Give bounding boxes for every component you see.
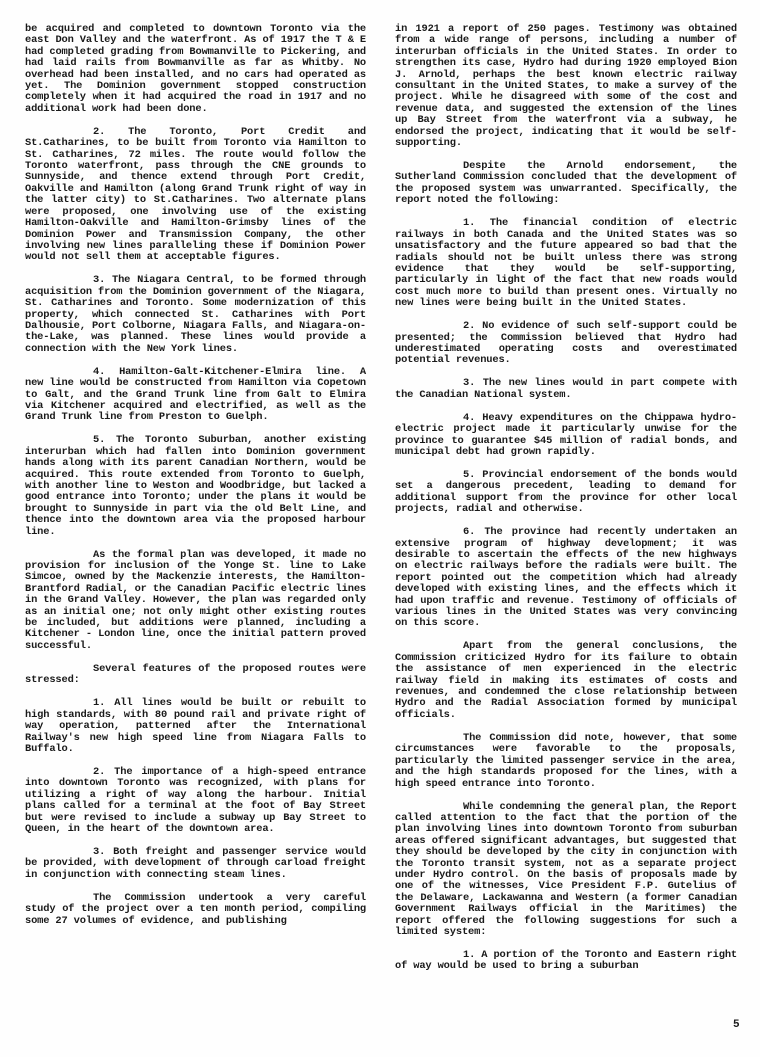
paragraph-features-intro: Several features of the proposed routes … xyxy=(25,664,366,687)
paragraph-finding-6: 6. The province had recently undertaken … xyxy=(395,527,737,630)
paragraph-route-2: 2. The Toronto, Port Credit and St.Catha… xyxy=(25,127,366,264)
page-number: 5 xyxy=(733,1019,740,1031)
paragraph-feature-2: 2. The importance of a high-speed entran… xyxy=(25,767,366,835)
paragraph-limited-system: While condemning the general plan, the R… xyxy=(395,802,737,939)
paragraph-finding-5: 5. Provincial endorsement of the bonds w… xyxy=(395,470,737,516)
paragraph-feature-3: 3. Both freight and passenger service wo… xyxy=(25,847,366,881)
paragraph-continuation: be acquired and completed to downtown To… xyxy=(25,24,366,115)
paragraph-report-continuation: in 1921 a report of 250 pages. Testimony… xyxy=(395,24,737,149)
right-column: in 1921 a report of 250 pages. Testimony… xyxy=(395,24,737,984)
paragraph-formal-plan: As the formal plan was developed, it mad… xyxy=(25,550,366,653)
left-column: be acquired and completed to downtown To… xyxy=(25,24,366,939)
paragraph-route-5: 5. The Toronto Suburban, another existin… xyxy=(25,435,366,538)
paragraph-route-3: 3. The Niagara Central, to be formed thr… xyxy=(25,275,366,355)
paragraph-suggestion-1: 1. A portion of the Toronto and Eastern … xyxy=(395,950,737,973)
paragraph-sutherland-conclusion: Despite the Arnold endorsement, the Suth… xyxy=(395,161,737,207)
paragraph-favorable-note: The Commission did note, however, that s… xyxy=(395,733,737,790)
paragraph-finding-2: 2. No evidence of such self-support coul… xyxy=(395,321,737,367)
paragraph-criticism: Apart from the general conclusions, the … xyxy=(395,641,737,721)
paragraph-finding-4: 4. Heavy expenditures on the Chippawa hy… xyxy=(395,413,737,459)
paragraph-finding-1: 1. The financial condition of electric r… xyxy=(395,218,737,309)
document-page: be acquired and completed to downtown To… xyxy=(0,0,760,1057)
paragraph-finding-3: 3. The new lines would in part compete w… xyxy=(395,378,737,401)
paragraph-commission-study: The Commission undertook a very careful … xyxy=(25,893,366,927)
paragraph-feature-1: 1. All lines would be built or rebuilt t… xyxy=(25,698,366,755)
paragraph-route-4: 4. Hamilton-Galt-Kitchener-Elmira line. … xyxy=(25,367,366,424)
